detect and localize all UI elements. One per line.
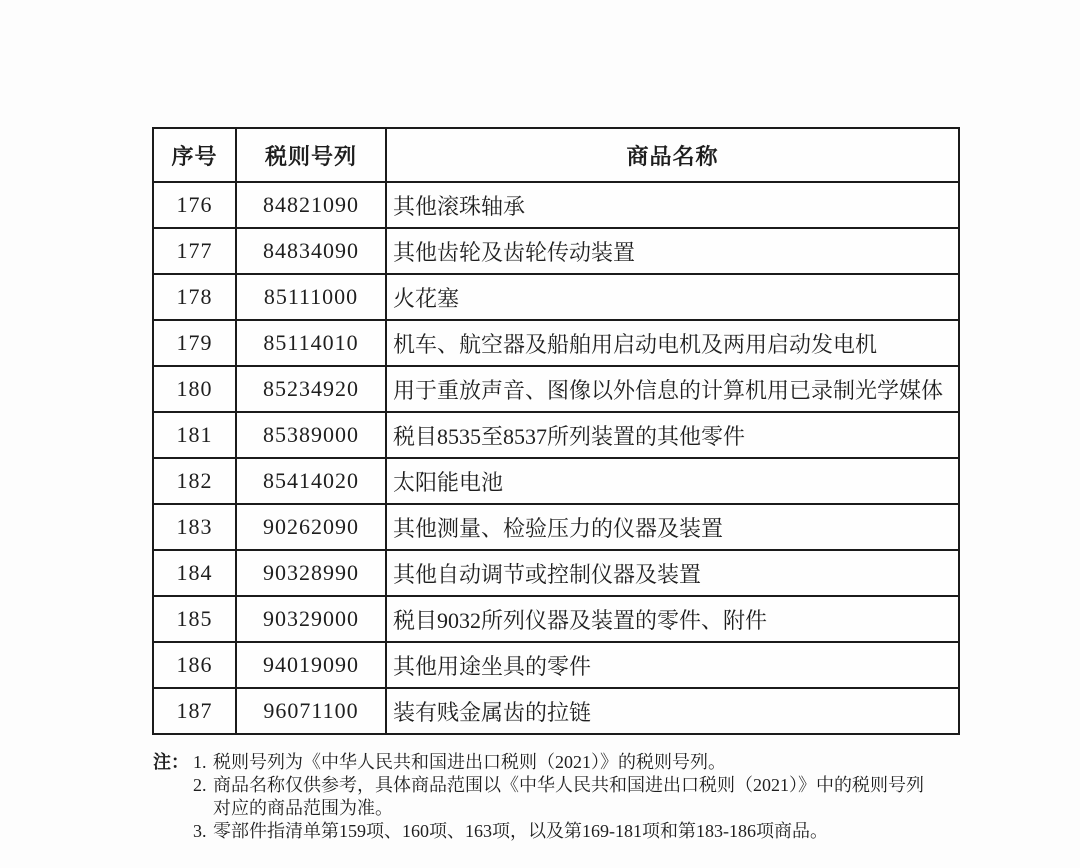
row-seq-cell: 177: [153, 228, 236, 274]
table-row: 17985114010机车、航空器及船舶用启动电机及两用启动发电机: [153, 320, 959, 366]
row-name-cell: 其他测量、检验压力的仪器及装置: [386, 504, 959, 550]
note-item-number: 2.: [193, 774, 207, 797]
note-item-number: 1.: [193, 751, 207, 774]
row-code-cell: 85234920: [236, 366, 386, 412]
row-seq-cell: 187: [153, 688, 236, 734]
table-row: 18185389000税目8535至8537所列装置的其他零件: [153, 412, 959, 458]
table-row: 17684821090其他滚珠轴承: [153, 182, 959, 228]
row-code-cell: 94019090: [236, 642, 386, 688]
row-code-cell: 84834090: [236, 228, 386, 274]
row-code-cell: 90328990: [236, 550, 386, 596]
row-name-cell: 税目9032所列仪器及装置的零件、附件: [386, 596, 959, 642]
table-row: 17784834090其他齿轮及齿轮传动装置: [153, 228, 959, 274]
row-name-cell: 机车、航空器及船舶用启动电机及两用启动发电机: [386, 320, 959, 366]
row-code-cell: 85114010: [236, 320, 386, 366]
row-name-cell: 其他自动调节或控制仪器及装置: [386, 550, 959, 596]
note-item-line: 对应的商品范围为准。: [213, 797, 963, 820]
notes-label: 注：: [153, 751, 189, 774]
row-seq-cell: 182: [153, 458, 236, 504]
note-item-number: 3.: [193, 820, 207, 843]
table-row: 18085234920用于重放声音、图像以外信息的计算机用已录制光学媒体: [153, 366, 959, 412]
note-item-line: 零部件指清单第159项、160项、163项，以及第169-181项和第183-1…: [213, 820, 963, 843]
column-header-name: 商品名称: [386, 128, 959, 182]
row-name-cell: 其他用途坐具的零件: [386, 642, 959, 688]
table-row: 18796071100装有贱金属齿的拉链: [153, 688, 959, 734]
row-code-cell: 85111000: [236, 274, 386, 320]
row-name-cell: 其他齿轮及齿轮传动装置: [386, 228, 959, 274]
tariff-table: 序号 税则号列 商品名称 17684821090其他滚珠轴承1778483409…: [152, 127, 960, 735]
row-seq-cell: 180: [153, 366, 236, 412]
notes-list: 1.税则号列为《中华人民共和国进出口税则（2021）》的税则号列。2.商品名称仅…: [193, 751, 963, 843]
row-seq-cell: 181: [153, 412, 236, 458]
row-code-cell: 90262090: [236, 504, 386, 550]
column-header-seq: 序号: [153, 128, 236, 182]
row-seq-cell: 186: [153, 642, 236, 688]
document-page: 序号 税则号列 商品名称 17684821090其他滚珠轴承1778483409…: [0, 0, 1080, 868]
note-item: 1.税则号列为《中华人民共和国进出口税则（2021）》的税则号列。: [193, 751, 963, 774]
table-row: 18285414020太阳能电池: [153, 458, 959, 504]
row-seq-cell: 179: [153, 320, 236, 366]
table-row: 17885111000火花塞: [153, 274, 959, 320]
row-code-cell: 85389000: [236, 412, 386, 458]
row-name-cell: 税目8535至8537所列装置的其他零件: [386, 412, 959, 458]
row-name-cell: 火花塞: [386, 274, 959, 320]
note-item-line: 商品名称仅供参考，具体商品范围以《中华人民共和国进出口税则（2021）》中的税则…: [213, 774, 963, 797]
notes-section: 注： 1.税则号列为《中华人民共和国进出口税则（2021）》的税则号列。2.商品…: [153, 751, 963, 843]
table-row: 18694019090其他用途坐具的零件: [153, 642, 959, 688]
row-code-cell: 90329000: [236, 596, 386, 642]
row-seq-cell: 178: [153, 274, 236, 320]
note-item: 3.零部件指清单第159项、160项、163项，以及第169-181项和第183…: [193, 820, 963, 843]
note-item: 2.商品名称仅供参考，具体商品范围以《中华人民共和国进出口税则（2021）》中的…: [193, 774, 963, 820]
row-name-cell: 装有贱金属齿的拉链: [386, 688, 959, 734]
table-row: 18390262090其他测量、检验压力的仪器及装置: [153, 504, 959, 550]
row-seq-cell: 184: [153, 550, 236, 596]
column-header-code: 税则号列: [236, 128, 386, 182]
row-seq-cell: 176: [153, 182, 236, 228]
table-row: 18590329000税目9032所列仪器及装置的零件、附件: [153, 596, 959, 642]
row-name-cell: 用于重放声音、图像以外信息的计算机用已录制光学媒体: [386, 366, 959, 412]
table-header-row: 序号 税则号列 商品名称: [153, 128, 959, 182]
table-row: 18490328990其他自动调节或控制仪器及装置: [153, 550, 959, 596]
row-code-cell: 85414020: [236, 458, 386, 504]
row-code-cell: 96071100: [236, 688, 386, 734]
row-name-cell: 太阳能电池: [386, 458, 959, 504]
row-code-cell: 84821090: [236, 182, 386, 228]
row-seq-cell: 185: [153, 596, 236, 642]
note-item-line: 税则号列为《中华人民共和国进出口税则（2021）》的税则号列。: [213, 751, 963, 774]
row-name-cell: 其他滚珠轴承: [386, 182, 959, 228]
row-seq-cell: 183: [153, 504, 236, 550]
